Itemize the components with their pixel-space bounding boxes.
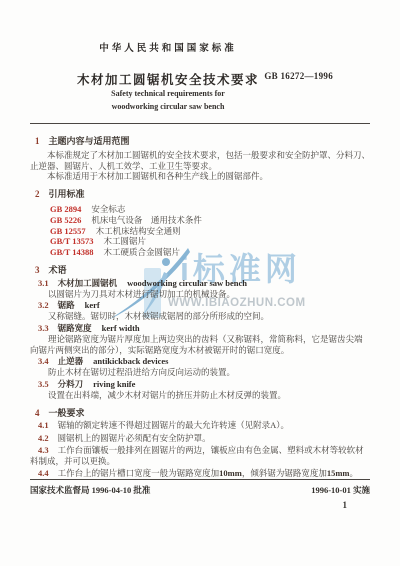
clause-number: 4.4	[38, 468, 49, 478]
clause-text: 锯轴的额定转速不得超过圆锯片的最大允许转速（见附录A）。	[58, 420, 289, 430]
term-definition: 设置在出料端，减少木材对锯片的挤压并防止木材反弹的装置。	[30, 390, 370, 401]
reference-code: GB 2894	[50, 204, 81, 214]
title-row: 木材加工圆锯机安全技术要求 GB 16272—1996	[0, 70, 400, 88]
reference-code: GB/T 13573	[50, 236, 94, 246]
term-definition: 理论锯路宽度为锯片厚度加上两边突出的齿料（又称锯料，常简称料，它是锯齿尖端向锯片…	[30, 334, 370, 356]
reference-name: 机床电气设备 通用技术条件	[91, 215, 202, 225]
term-zh: 分料刀	[58, 379, 84, 389]
footer: 国家技术监督局 1996-04-10 批准 1996-10-01 实施	[30, 479, 370, 496]
term-item: 3.2锯路kerf 又称锯缝。锯切时，木材被锯成锯屑的部分所形成的空间。	[30, 300, 370, 322]
paragraph: 本标准规定了木材加工圆锯机的安全技术要求，包括一般要求和安全防护罩、分料刀、止逆…	[30, 150, 370, 172]
reference-row: GB 5226机床电气设备 通用技术条件	[30, 215, 370, 226]
term-line: 3.5分料刀riving knife	[30, 379, 370, 390]
term-definition: 防止木材在锯切过程沿进给方向反向运动的装置。	[30, 367, 370, 378]
reference-row: GB/T 13573木工圆锯片	[30, 236, 370, 247]
reference-name: 木工机床结构安全通则	[96, 226, 181, 236]
term-en: woodworking circular saw bench	[127, 278, 247, 288]
term-definition: 又称锯缝。锯切时，木材被锯成锯屑的部分所形成的空间。	[30, 311, 370, 322]
clause: 4.4工作台上的锯片槽口宽度一般为锯路宽度加10mm，倾斜锯为锯路宽度加15mm…	[30, 468, 370, 479]
term-number: 3.2	[38, 300, 49, 310]
term-item: 3.3锯路宽度kerf width 理论锯路宽度为锯片厚度加上两边突出的齿料（又…	[30, 323, 370, 355]
english-title: Safety technical requirements for woodwo…	[30, 88, 306, 113]
page-number: 1	[343, 500, 348, 510]
term-item: 3.4止逆器antikickback devices 防止木材在锯切过程沿进给方…	[30, 356, 370, 378]
reference-row: GB/T 14388木工硬质合金圆锯片	[30, 247, 370, 258]
term-en: kerf width	[102, 323, 140, 333]
english-title-line2: woodworking circular saw bench	[30, 101, 306, 114]
terms-list: 3.1木材加工圆锯机woodworking circular saw bench…	[30, 278, 370, 401]
clause-number: 4.1	[38, 420, 49, 430]
term-zh: 止逆器	[58, 356, 84, 366]
section-number: 1	[35, 136, 40, 146]
clause-text: 工作台面镶板一般排列在圆锯片的两边，镶板应由有色金属、塑料或木材等较软材料制成，…	[30, 445, 364, 466]
document-page: i标准网 WWW.IBIAOZHUN.COM 中华人民共和国国家标准 木材加工圆…	[0, 0, 400, 566]
clause-text: 圆锯机上的圆锯片必须配有安全防护罩。	[58, 433, 211, 443]
english-title-line1: Safety technical requirements for	[30, 88, 306, 101]
clause-text: ，倾斜锯为锯路宽度加	[242, 468, 327, 478]
section-title: 引用标准	[49, 189, 85, 199]
section-3-heading: 3术语	[30, 265, 370, 276]
reference-row: GB 2894安全标志	[30, 204, 370, 215]
clause: 4.1锯轴的额定转速不得超过圆锯片的最大允许转速（见附录A）。	[30, 420, 370, 431]
clauses-list: 4.1锯轴的额定转速不得超过圆锯片的最大允许转速（见附录A）。 4.2圆锯机上的…	[30, 420, 370, 478]
header-rule	[30, 123, 370, 124]
reference-name: 木工硬质合金圆锯片	[104, 247, 181, 257]
clause: 4.3工作台面镶板一般排列在圆锯片的两边，镶板应由有色金属、塑料或木材等较软材料…	[30, 445, 370, 467]
reference-code: GB 12557	[50, 226, 86, 236]
referenced-standards-list: GB 2894安全标志 GB 5226机床电气设备 通用技术条件 GB 1255…	[30, 204, 370, 258]
term-zh: 木材加工圆锯机	[58, 278, 118, 288]
approval-text: 国家技术监督局 1996-04-10 批准	[30, 484, 150, 496]
term-line: 3.2锯路kerf	[30, 300, 370, 311]
section-1-paragraphs: 本标准规定了木材加工圆锯机的安全技术要求，包括一般要求和安全防护罩、分料刀、止逆…	[30, 150, 370, 182]
reference-name: 安全标志	[91, 204, 125, 214]
reference-code: GB/T 14388	[50, 247, 94, 257]
term-item: 3.1木材加工圆锯机woodworking circular saw bench…	[30, 278, 370, 300]
clause-text: 工作台上的锯片槽口宽度一般为锯路宽度加	[58, 468, 220, 478]
term-zh: 锯路	[58, 300, 75, 310]
section-title: 术语	[49, 265, 67, 275]
document-body: 1主题内容与适用范围 本标准规定了木材加工圆锯机的安全技术要求，包括一般要求和安…	[0, 136, 400, 479]
section-1-heading: 1主题内容与适用范围	[30, 136, 370, 147]
clause-number: 4.3	[38, 445, 49, 455]
section-title: 一般要求	[49, 408, 85, 418]
term-line: 3.4止逆器antikickback devices	[30, 356, 370, 367]
term-en: riving knife	[93, 379, 135, 389]
term-definition: 以圆锯片为刀具对木材进行锯切加工的机械设备。	[30, 289, 370, 300]
term-en: kerf	[85, 300, 100, 310]
paragraph: 本标准适用于木材加工圆锯机和各种生产线上的圆锯部件。	[30, 171, 370, 182]
section-4-heading: 4一般要求	[30, 408, 370, 419]
term-number: 3.1	[38, 278, 49, 288]
term-zh: 锯路宽度	[58, 323, 92, 333]
clause-bold-value: 10mm	[219, 468, 242, 478]
header: 中华人民共和国国家标准 木材加工圆锯机安全技术要求 GB 16272—1996 …	[0, 40, 400, 124]
clause-text: 。	[350, 468, 359, 478]
term-number: 3.5	[38, 379, 49, 389]
term-en: antikickback devices	[93, 356, 168, 366]
clause-number: 4.2	[38, 433, 49, 443]
section-number: 2	[35, 189, 40, 199]
term-line: 3.3锯路宽度kerf width	[30, 323, 370, 334]
section-number: 3	[35, 265, 40, 275]
clause: 4.2圆锯机上的圆锯片必须配有安全防护罩。	[30, 433, 370, 444]
national-standard-label: 中华人民共和国国家标准	[30, 40, 306, 54]
section-number: 4	[35, 408, 40, 418]
term-line: 3.1木材加工圆锯机woodworking circular saw bench	[30, 278, 370, 289]
standard-code: GB 16272—1996	[264, 71, 333, 81]
reference-row: GB 12557木工机床结构安全通则	[30, 226, 370, 237]
section-2-heading: 2引用标准	[30, 189, 370, 200]
section-title: 主题内容与适用范围	[49, 136, 130, 146]
term-item: 3.5分料刀riving knife 设置在出料端，减少木材对锯片的挤压并防止木…	[30, 379, 370, 401]
reference-code: GB 5226	[50, 215, 81, 225]
term-number: 3.3	[38, 323, 49, 333]
clause-bold-value: 15mm	[327, 468, 350, 478]
reference-name: 木工圆锯片	[104, 236, 147, 246]
implementation-text: 1996-10-01 实施	[311, 484, 370, 496]
term-number: 3.4	[38, 356, 49, 366]
